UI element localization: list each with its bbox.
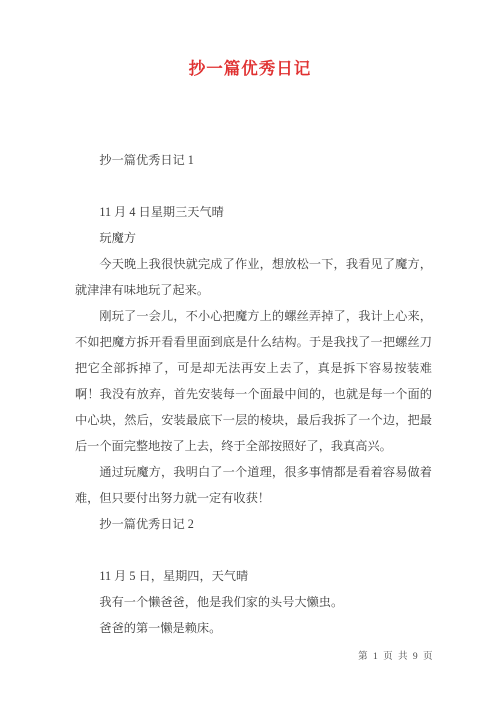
section-heading-1: 抄一篇优秀日记 1 (75, 147, 432, 173)
document-title: 抄一篇优秀日记 (0, 0, 500, 80)
section-heading-2: 抄一篇优秀日记 2 (75, 511, 432, 537)
paragraph-5: 爸爸的第一懒是赖床。 (75, 615, 432, 641)
document-body: 抄一篇优秀日记 1 11 月 4 日星期三天气晴 玩魔方 今天晚上我很快就完成了… (0, 80, 500, 641)
diary-subtitle: 玩魔方 (75, 225, 432, 251)
page-number: 第 1 页 共 9 页 (358, 650, 434, 664)
diary-date-2: 11 月 5 日，星期四，天气晴 (75, 563, 432, 589)
paragraph-2: 刚玩了一会儿，不小心把魔方上的螺丝弄掉了，我计上心来，不如把魔方拆开看看里面到底… (75, 303, 432, 459)
document-page: 抄一篇优秀日记 抄一篇优秀日记 1 11 月 4 日星期三天气晴 玩魔方 今天晚… (0, 0, 500, 708)
diary-date-1: 11 月 4 日星期三天气晴 (75, 199, 432, 225)
paragraph-3: 通过玩魔方，我明白了一个道理，很多事情都是看着容易做着难，但只要付出努力就一定有… (75, 459, 432, 511)
paragraph-4: 我有一个懒爸爸，他是我们家的头号大懒虫。 (75, 589, 432, 615)
paragraph-1: 今天晚上我很快就完成了作业，想放松一下，我看见了魔方，就津津有味地玩了起来。 (75, 251, 432, 303)
